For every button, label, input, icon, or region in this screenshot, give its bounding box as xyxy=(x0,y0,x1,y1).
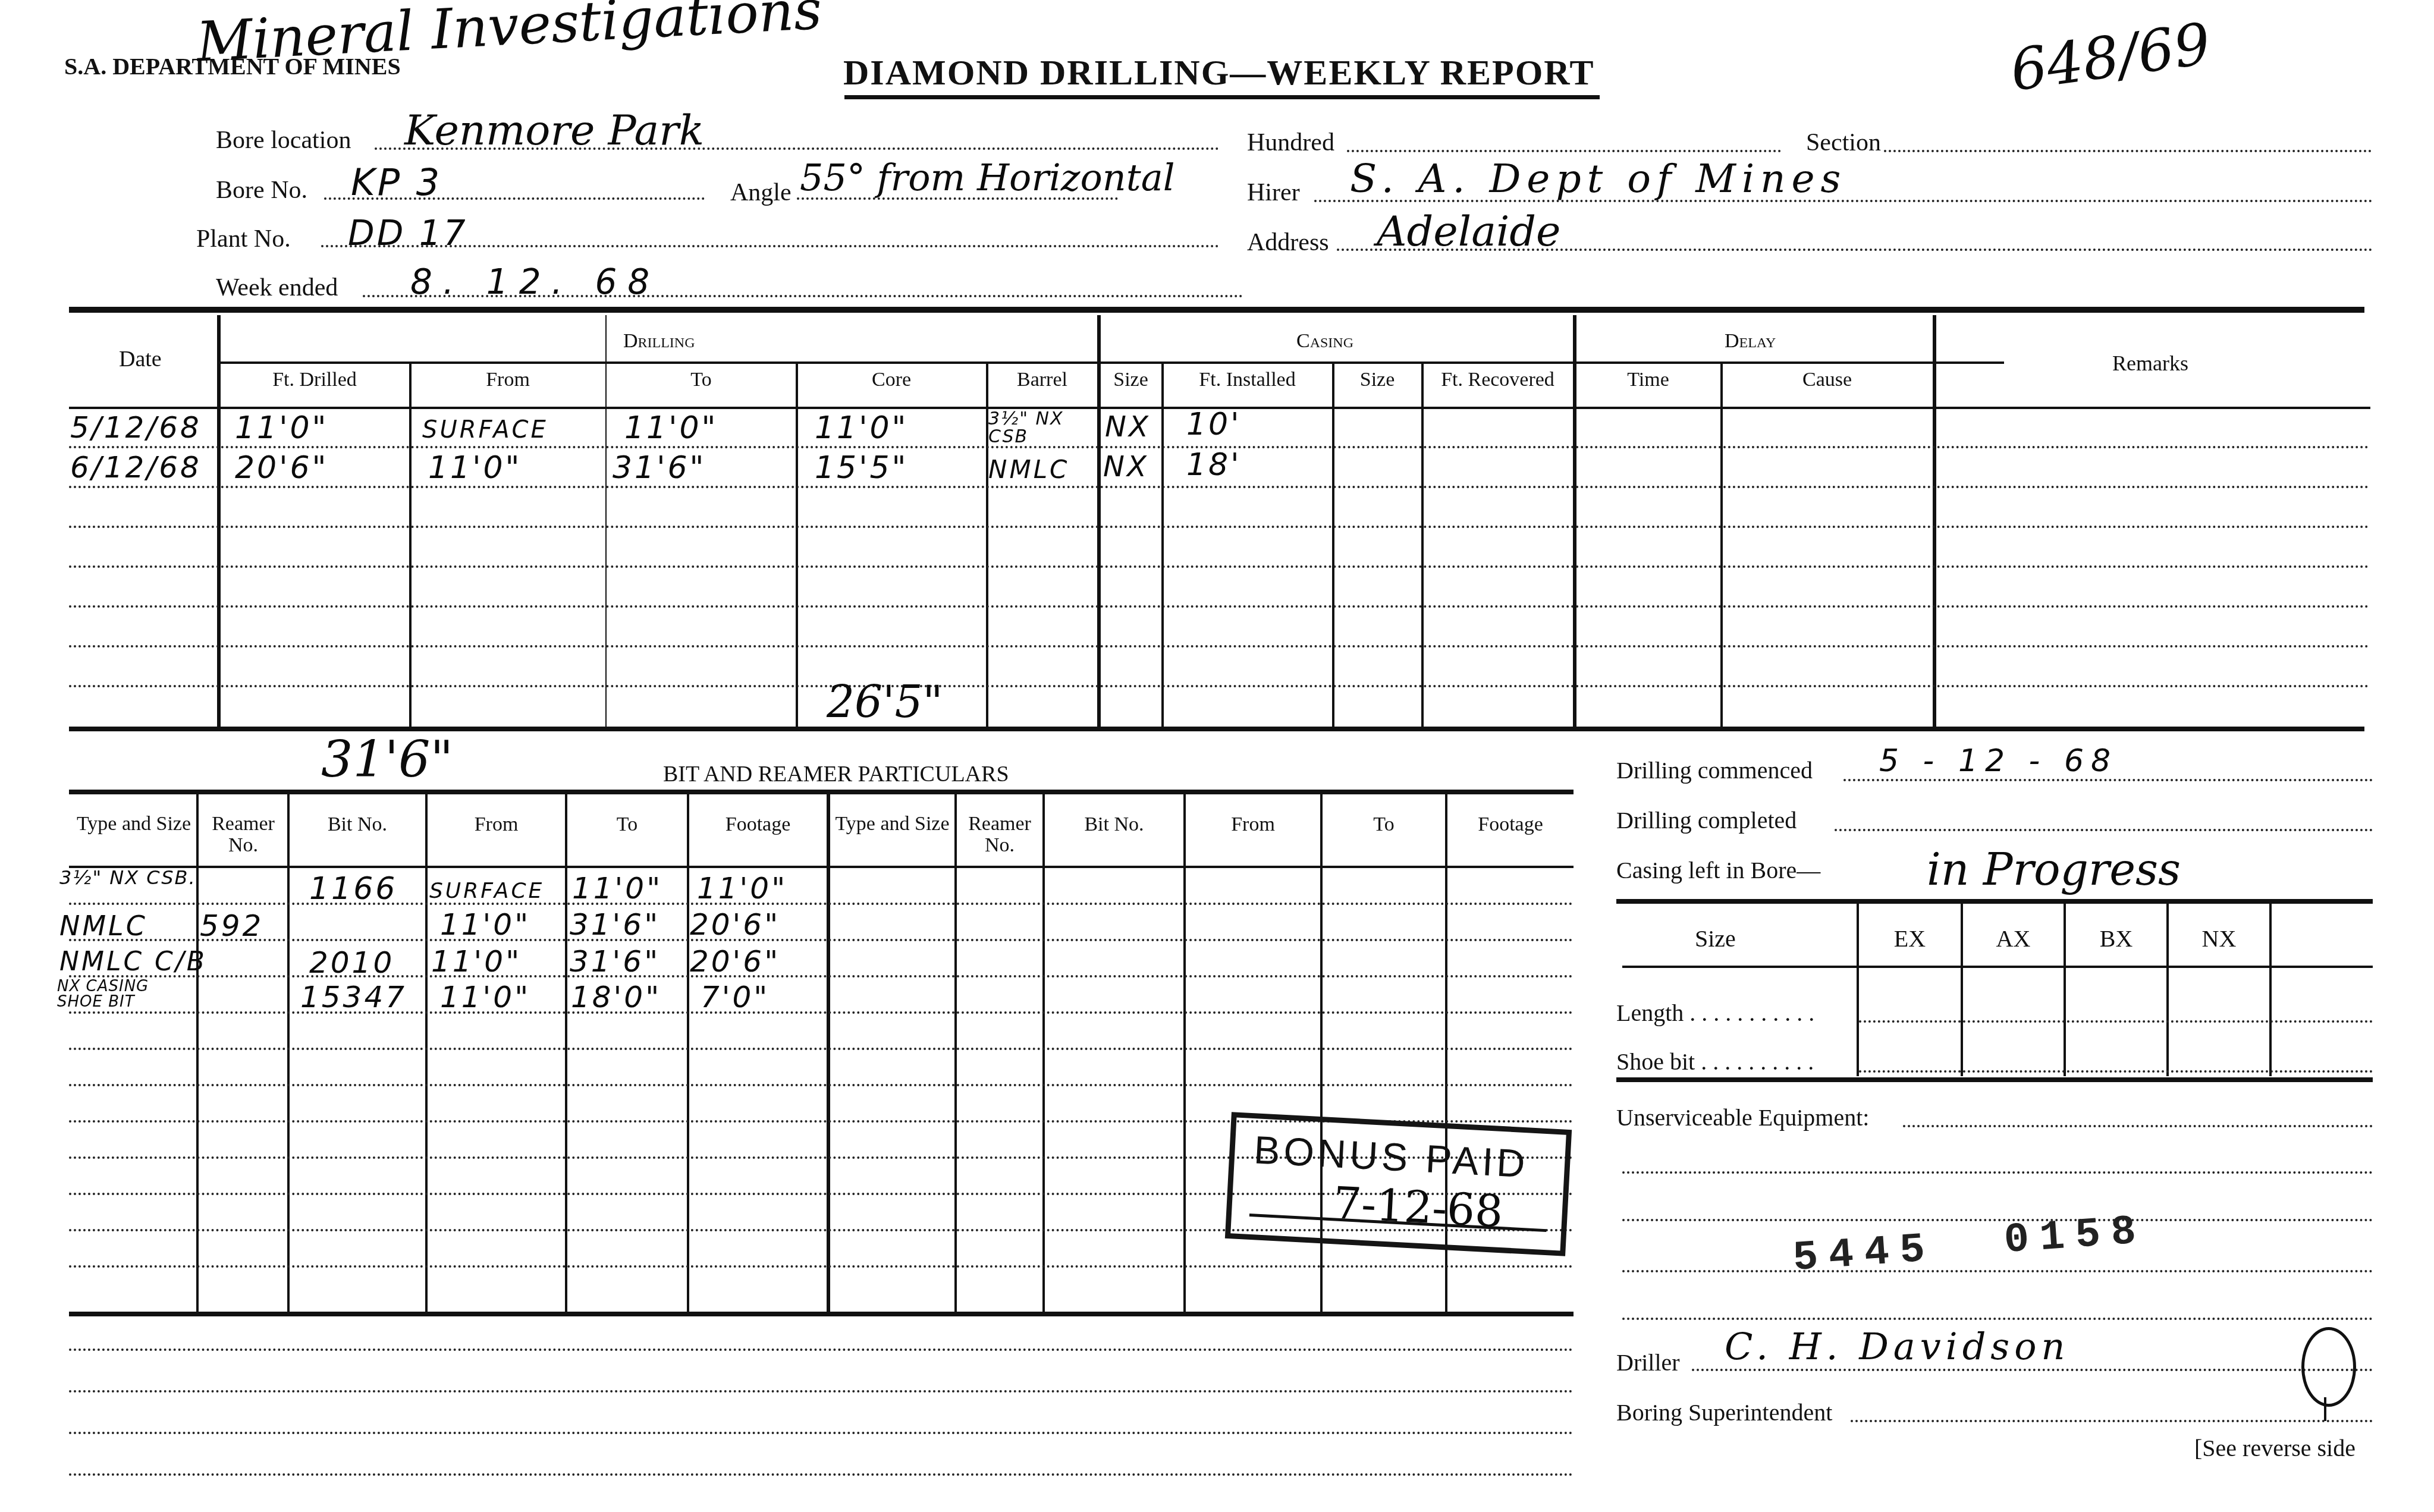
col-ft-recovered: Ft. Recovered xyxy=(1422,369,1573,391)
from-cell: 11'0" xyxy=(440,907,530,942)
driller-field[interactable] xyxy=(1692,1369,2373,1371)
row-rule xyxy=(69,1265,1574,1268)
type-size-cell: NX CASING SHOE BIT xyxy=(57,979,194,1010)
hundred-field[interactable] xyxy=(1347,150,1781,152)
row-rule xyxy=(69,685,2370,687)
angle-value: 55° from Horizontal xyxy=(800,156,1175,199)
to-cell: 31'6" xyxy=(570,907,660,942)
ft-drilled-total: 31'6" xyxy=(321,730,453,788)
col-divider xyxy=(687,794,689,1312)
to-cell: 31'6" xyxy=(613,450,706,486)
col-from: From xyxy=(428,813,565,836)
serial-stamp-left: 5445 xyxy=(1792,1226,1937,1283)
casing-left-value: in Progress xyxy=(1927,844,2181,895)
col-divider xyxy=(287,794,290,1312)
bit-no-cell: 15347 xyxy=(300,980,407,1014)
hirer-label: Hirer xyxy=(1247,178,1300,207)
to-cell: 11'0" xyxy=(572,871,662,906)
initials-tail xyxy=(2324,1397,2326,1421)
from-cell: SURFACE xyxy=(422,416,548,444)
unserviceable-field-3[interactable] xyxy=(1622,1219,2373,1221)
col-from-2: From xyxy=(1186,813,1320,836)
from-cell: 11'0" xyxy=(428,450,522,486)
col-bit-no-2: Bit No. xyxy=(1045,813,1183,836)
hirer-value: S. A. Dept of Mines xyxy=(1350,156,1846,202)
plant-no-label: Plant No. xyxy=(196,225,291,253)
length-fields[interactable] xyxy=(1859,1020,2373,1023)
size-ex: EX xyxy=(1859,925,1961,953)
col-divider xyxy=(1933,315,1936,730)
barrel-cell: 3½" NX CSB xyxy=(988,410,1095,446)
row-rule xyxy=(69,903,1574,905)
col-to-2: To xyxy=(1323,813,1445,836)
row-rule xyxy=(69,939,1574,941)
to-cell: 18'0" xyxy=(571,980,661,1014)
col-bit-no: Bit No. xyxy=(290,813,425,836)
bit-no-cell: 2010 xyxy=(309,945,394,980)
col-ft-drilled: Ft. Drilled xyxy=(220,369,409,391)
serial-stamp-right: 0158 xyxy=(2003,1208,2149,1265)
reference-number: 648/69 xyxy=(2006,10,2215,104)
stamp-label: BONUS PAID xyxy=(1253,1127,1530,1186)
footage-cell: 20'6" xyxy=(690,944,780,979)
bore-no-label: Bore No. xyxy=(216,176,307,205)
remarks-header: Remarks xyxy=(2112,351,2188,376)
drilling-completed-field[interactable] xyxy=(1835,829,2373,831)
col-casing-size: Size xyxy=(1100,369,1161,391)
bit-header-bottom-rule xyxy=(69,866,1574,868)
footage-cell: 7'0" xyxy=(701,980,770,1014)
col-footage-2: Footage xyxy=(1447,813,1574,836)
ft-installed-cell: 10' xyxy=(1186,407,1241,442)
bonus-paid-stamp: BONUS PAID 7-12-68 xyxy=(1225,1112,1572,1256)
col-divider xyxy=(565,794,567,1312)
to-cell: 31'6" xyxy=(570,944,660,979)
from-cell: SURFACE xyxy=(429,879,544,903)
ft-drilled-cell: 11'0" xyxy=(235,410,328,446)
col-divider xyxy=(827,794,830,1312)
driller-signature: C. H. Davidson xyxy=(1725,1325,2069,1368)
angle-label: Angle xyxy=(730,178,792,207)
ft-drilled-cell: 20'6" xyxy=(235,450,328,486)
row-rule xyxy=(69,645,2370,647)
casing-group-header: Casing xyxy=(1296,330,1353,353)
bit-table-top-rule xyxy=(69,790,1574,794)
casing-left-label: Casing left in Bore— xyxy=(1616,856,1820,884)
address-label: Address xyxy=(1247,228,1329,257)
unserviceable-field-5[interactable] xyxy=(1622,1318,2373,1320)
size-nx: NX xyxy=(2169,925,2269,953)
date-header: Date xyxy=(119,346,162,372)
row-rule xyxy=(69,1048,1574,1050)
from-cell: 11'0" xyxy=(440,980,530,1014)
driller-label: Driller xyxy=(1616,1348,1680,1376)
row-rule xyxy=(69,975,1574,977)
col-from: From xyxy=(410,369,605,391)
col-divider xyxy=(1161,363,1164,730)
type-size-cell: 3½" NX CSB. xyxy=(59,869,196,886)
footage-cell: 20'6" xyxy=(690,907,780,942)
col-time: Time xyxy=(1576,369,1720,391)
unserviceable-field-4[interactable] xyxy=(1622,1270,2373,1272)
header-divider xyxy=(69,307,2364,313)
col-core: Core xyxy=(797,369,986,391)
col-barrel: Barrel xyxy=(987,369,1097,391)
row-rule xyxy=(69,1084,1574,1086)
boring-superintendent-field[interactable] xyxy=(1851,1420,2373,1422)
row-rule xyxy=(69,1432,1574,1434)
col-divider xyxy=(2269,904,2272,1076)
bit-reamer-title: BIT AND REAMER PARTICULARS xyxy=(663,761,1009,787)
handwritten-heading: Mineral Investigations xyxy=(195,0,824,74)
row-rule xyxy=(69,605,2370,608)
week-ended-label: Week ended xyxy=(216,274,338,302)
address-value: Adelaide xyxy=(1377,207,1561,256)
col-footage: Footage xyxy=(689,813,827,836)
col-reamer-no-2: Reamer No. xyxy=(957,813,1042,856)
col-type-size: Type and Size xyxy=(71,813,196,835)
type-size-cell: NMLC C/B xyxy=(59,947,207,977)
type-size-cell: NMLC xyxy=(59,910,147,942)
col-ft-installed: Ft. Installed xyxy=(1163,369,1332,391)
col-divider xyxy=(1720,363,1723,730)
length-label: Length . . . . . . . . . . . xyxy=(1616,999,1814,1027)
casing-divider xyxy=(1616,899,2373,904)
bit-table-bottom-rule xyxy=(69,1312,1574,1316)
col-divider xyxy=(196,794,199,1312)
drilling-commenced-label: Drilling commenced xyxy=(1616,756,1813,784)
row-rule xyxy=(69,565,2370,568)
date-cell: 5/12/68 xyxy=(70,410,202,445)
week-ended-value: 8. 12. 68 xyxy=(410,262,660,302)
unserviceable-field[interactable] xyxy=(1903,1125,2373,1127)
boring-superintendent-label: Boring Superintendent xyxy=(1616,1398,1832,1426)
bore-no-value: KP 3 xyxy=(351,161,442,204)
row-rule xyxy=(69,1473,1574,1476)
col-divider xyxy=(954,794,957,1312)
col-divider xyxy=(1042,794,1045,1312)
group-header-rule xyxy=(220,362,2004,364)
col-cause: Cause xyxy=(1722,369,1933,391)
col-divider xyxy=(425,794,428,1312)
core-cell: 15'5" xyxy=(815,450,908,486)
core-cell: 11'0" xyxy=(815,410,908,446)
drilling-commenced-field[interactable] xyxy=(1843,779,2373,781)
row-rule xyxy=(69,1011,1574,1014)
col-divider xyxy=(1183,794,1186,1312)
casing-table-bottom-rule xyxy=(1616,1077,2373,1082)
col-size-2: Size xyxy=(1333,369,1421,391)
unserviceable-label: Unserviceable Equipment: xyxy=(1616,1104,1869,1131)
initials-circle-icon xyxy=(2301,1327,2356,1407)
shoe-bit-fields[interactable] xyxy=(1859,1070,2373,1073)
size-bx: BX xyxy=(2066,925,2166,953)
bore-location-value: Kenmore Park xyxy=(404,106,704,155)
ft-installed-cell: 18' xyxy=(1186,447,1241,483)
unserviceable-field-2[interactable] xyxy=(1622,1171,2373,1174)
row-rule xyxy=(69,1390,1574,1392)
col-divider xyxy=(1421,363,1424,730)
size-header: Size xyxy=(1695,925,1736,953)
bit-no-cell: 1166 xyxy=(309,871,397,907)
size-ax: AX xyxy=(1963,925,2064,953)
reamer-no-cell: 592 xyxy=(200,909,263,943)
row-rule xyxy=(69,1348,1574,1351)
drilling-completed-label: Drilling completed xyxy=(1616,806,1797,834)
report-title: DIAMOND DRILLING—WEEKLY REPORT xyxy=(843,52,1595,93)
delay-group-header: Delay xyxy=(1725,330,1776,353)
plant-no-value: DD 17 xyxy=(348,213,468,253)
col-type-size-2: Type and Size xyxy=(830,813,954,835)
date-cell: 6/12/68 xyxy=(70,450,202,485)
col-to: To xyxy=(607,369,796,391)
col-divider xyxy=(796,363,798,730)
size-header-rule xyxy=(1622,966,2373,968)
section-label: Section xyxy=(1806,128,1881,157)
from-cell: 11'0" xyxy=(431,944,522,979)
col-divider xyxy=(1332,363,1334,730)
casing-size-cell: NX xyxy=(1103,450,1149,483)
shoe-bit-label: Shoe bit . . . . . . . . . . xyxy=(1616,1048,1814,1076)
to-cell: 11'0" xyxy=(624,410,718,446)
barrel-cell: NMLC xyxy=(988,455,1069,484)
title-underline xyxy=(844,95,1600,99)
col-reamer-no: Reamer No. xyxy=(199,813,287,856)
row-rule xyxy=(69,526,2370,528)
footage-cell: 11'0" xyxy=(697,871,787,906)
hundred-label: Hundred xyxy=(1247,128,1334,157)
section-field[interactable] xyxy=(1884,150,2372,152)
see-reverse-note: [See reverse side xyxy=(2194,1434,2356,1462)
row-rule xyxy=(69,486,2370,488)
casing-size-cell: NX xyxy=(1105,410,1151,444)
col-divider xyxy=(409,363,412,730)
drilling-commenced-value: 5 - 12 - 68 xyxy=(1879,743,2118,779)
col-to: To xyxy=(567,813,687,836)
drilling-group-header: Drilling xyxy=(623,330,695,353)
bore-location-label: Bore location xyxy=(216,126,351,155)
core-total: 26'5" xyxy=(827,677,943,728)
